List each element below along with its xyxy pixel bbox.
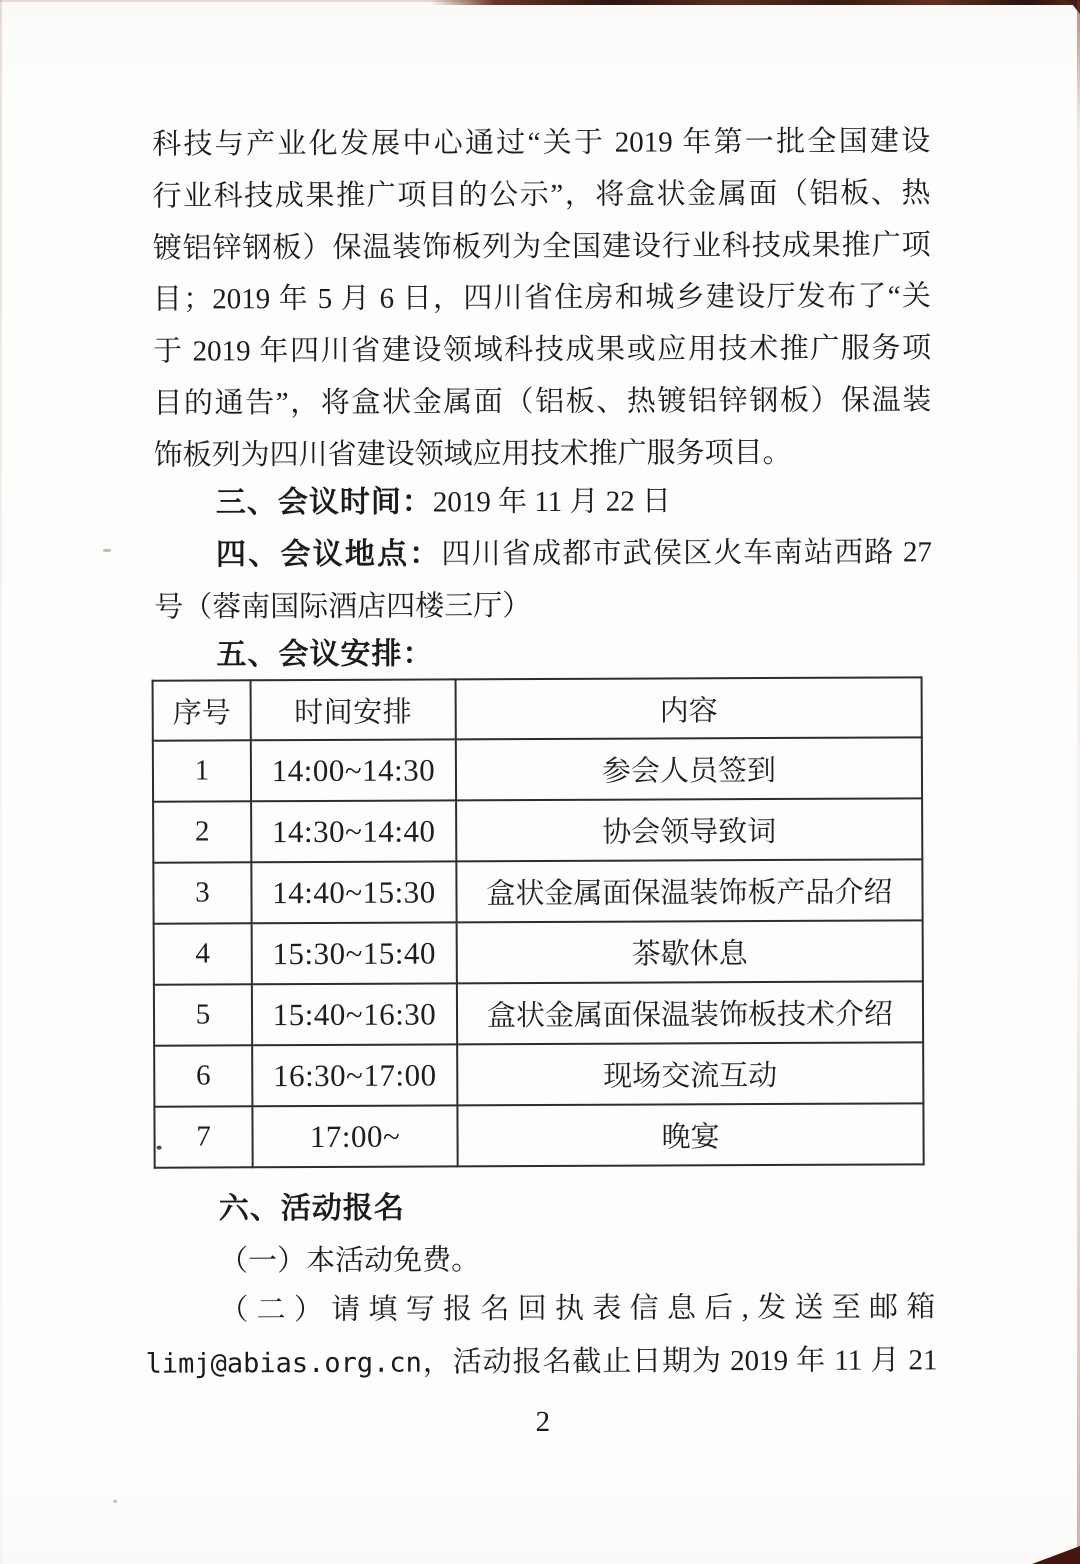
meeting-place-value-line1: 四川省成都市武侯区火车南站西路 27	[441, 536, 932, 570]
column-header-number: 序号	[153, 680, 251, 740]
page-number: 2	[3, 1404, 1080, 1442]
schedule-table: 序号 时间安排 内容 1 14:00~14:30 参会人员签到 2 14:30~…	[152, 676, 925, 1168]
meeting-time-heading: 三、会议时间：	[216, 485, 433, 519]
scanned-document-page: 科技与产业化发展中心通过“关于 2019 年第一批全国建设 行业科技成果推广项目…	[0, 0, 1080, 1564]
table-row: 6 16:30~17:00 现场交流互动	[154, 1042, 923, 1106]
table-row: 7 17:00~ 晚宴	[154, 1103, 923, 1167]
signup-item-2-line-1: （二）请填写报名回执表信息后,发送至邮箱	[157, 1281, 935, 1336]
cell-time: 15:40~16:30	[252, 983, 457, 1045]
cell-content: 参会人员签到	[456, 737, 922, 800]
cell-time: 14:00~14:30	[251, 739, 456, 801]
scan-speck	[113, 1500, 117, 1503]
cell-number: 7	[154, 1106, 252, 1167]
table-header-row: 序号 时间安排 内容	[153, 677, 922, 740]
paragraph-line: 目的通告”，将盒状金属面（铝板、热镀铝锌钢板）保温装	[153, 375, 931, 430]
agenda-heading: 五、会议安排：	[216, 637, 433, 671]
section-agenda: 五、会议安排：	[154, 626, 932, 681]
signup-heading: 六、活动报名	[219, 1192, 405, 1226]
table-row: 3 14:40~15:30 盒状金属面保温装饰板产品介绍	[153, 859, 922, 923]
paragraph-line: 行业科技成果推广项目的公示”，将盒状金属面（铝板、热	[152, 168, 930, 223]
signup-item-2-line-2: limj@abias.org.cn，活动报名截止日期为 2019 年 11 月 …	[145, 1334, 937, 1390]
scan-artifact-left-edge	[0, 0, 2, 1564]
cell-number: 3	[153, 862, 251, 923]
cell-time: 15:30~15:40	[252, 922, 457, 984]
scan-speck	[157, 1146, 162, 1150]
signup-deadline-text: ，活动报名截止日期为 2019 年 11 月 21	[422, 1344, 938, 1378]
table-row: 1 14:00~14:30 参会人员签到	[153, 737, 922, 801]
intro-paragraph: 科技与产业化发展中心通过“关于 2019 年第一批全国建设 行业科技成果推广项目…	[152, 116, 932, 482]
section-meeting-place: 四、会议地点：四川省成都市武侯区火车南站西路 27	[154, 526, 932, 581]
cell-content: 协会领导致词	[456, 798, 922, 861]
column-header-content: 内容	[456, 677, 922, 739]
cell-content: 盒状金属面保温装饰板产品介绍	[456, 859, 922, 922]
table-row: 5 15:40~16:30 盒状金属面保温装饰板技术介绍	[154, 981, 923, 1045]
table-row: 2 14:30~14:40 协会领导致词	[153, 798, 922, 862]
cell-time: 16:30~17:00	[252, 1044, 457, 1106]
cell-time: 14:40~15:30	[251, 861, 456, 923]
cell-content: 晚宴	[457, 1103, 923, 1166]
section-meeting-time: 三、会议时间：2019 年 11 月 22 日	[154, 474, 932, 529]
signup-email: limj@abias.org.cn	[145, 1348, 421, 1380]
cell-content: 现场交流互动	[457, 1042, 923, 1105]
scan-speck	[103, 549, 111, 552]
paragraph-line: 科技与产业化发展中心通过“关于 2019 年第一批全国建设	[152, 116, 930, 171]
cell-number: 6	[154, 1045, 252, 1106]
cell-number: 1	[153, 740, 251, 801]
paragraph-line: 目；2019 年 5 月 6 日，四川省住房和城乡建设厅发布了“关	[153, 272, 931, 327]
section-signup: 六、活动报名	[157, 1180, 935, 1235]
paragraph-line: 于 2019 年四川省建设领域科技成果或应用技术推广服务项	[153, 323, 931, 378]
cell-time: 14:30~14:40	[251, 800, 456, 862]
signup-item-1: （一）本活动免费。	[157, 1232, 935, 1287]
cell-number: 4	[154, 923, 252, 984]
scan-content: 科技与产业化发展中心通过“关于 2019 年第一批全国建设 行业科技成果推广项目…	[0, 0, 1080, 1564]
cell-time: 17:00~	[252, 1105, 457, 1167]
cell-content: 盒状金属面保温装饰板技术介绍	[457, 981, 923, 1044]
meeting-place-value-line2: 号（蓉南国际酒店四楼三厅）	[154, 578, 932, 633]
cell-number: 2	[153, 801, 251, 862]
table-row: 4 15:30~15:40 茶歇休息	[154, 920, 923, 984]
cell-number: 5	[154, 984, 252, 1045]
column-header-time: 时间安排	[251, 679, 456, 740]
paragraph-line: 镀铝锌钢板）保温装饰板列为全国建设行业科技成果推广项	[153, 220, 931, 275]
meeting-time-value: 2019 年 11 月 22 日	[433, 485, 671, 518]
meeting-place-heading: 四、会议地点：	[216, 537, 442, 571]
scan-artifact-top-band	[430, 0, 1080, 5]
cell-content: 茶歇休息	[457, 920, 923, 983]
